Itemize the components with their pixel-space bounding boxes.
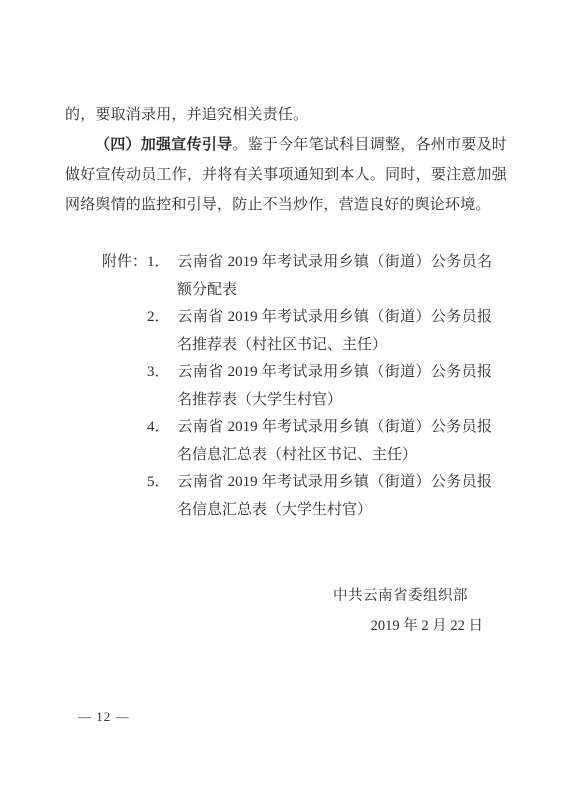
- section-heading: （四）加强宣传引导: [95, 137, 232, 153]
- attachment-item: 3．云南省 2019 年考试录用乡镇（街道）公务员报名推荐表（大学生村官）: [147, 359, 492, 414]
- attachment-item: 2．云南省 2019 年考试录用乡镇（街道）公务员报名推荐表（村社区书记、主任）: [147, 304, 492, 359]
- attachment-number: 4．: [147, 414, 177, 442]
- attachment-text: 云南省 2019 年考试录用乡镇（街道）公务员名额分配表: [177, 254, 492, 298]
- attachment-item: 1．云南省 2019 年考试录用乡镇（街道）公务员名额分配表: [147, 249, 492, 304]
- page-number: — 12 —: [78, 709, 130, 725]
- body-paragraph-section-4: （四）加强宣传引导。鉴于今年笔试科目调整，各州市要及时做好宣传动员工作，并将有关…: [65, 130, 507, 220]
- attachment-text: 云南省 2019 年考试录用乡镇（街道）公务员报名信息汇总表（村社区书记、主任）: [177, 419, 492, 463]
- attachment-number: 3．: [147, 359, 177, 387]
- attachments-label: 附件：: [102, 249, 147, 277]
- attachments-list: 1．云南省 2019 年考试录用乡镇（街道）公务员名额分配表 2．云南省 201…: [147, 249, 492, 524]
- signature-org: 中共云南省委组织部: [333, 584, 468, 605]
- signature-date: 2019 年 2 月 22 日: [371, 614, 483, 635]
- attachment-number: 5．: [147, 469, 177, 497]
- body-paragraph-continuation: 的，要取消录用，并追究相关责任。: [65, 100, 507, 130]
- attachment-text: 云南省 2019 年考试录用乡镇（街道）公务员报名推荐表（大学生村官）: [177, 364, 492, 408]
- attachment-item: 4．云南省 2019 年考试录用乡镇（街道）公务员报名信息汇总表（村社区书记、主…: [147, 414, 492, 469]
- attachments-block: 附件： 1．云南省 2019 年考试录用乡镇（街道）公务员名额分配表 2．云南省…: [102, 249, 492, 524]
- attachment-number: 2．: [147, 304, 177, 332]
- attachment-item: 5．云南省 2019 年考试录用乡镇（街道）公务员报名信息汇总表（大学生村官）: [147, 469, 492, 524]
- attachment-text: 云南省 2019 年考试录用乡镇（街道）公务员报名信息汇总表（大学生村官）: [177, 474, 492, 518]
- attachment-number: 1．: [147, 249, 177, 277]
- body-text: 的，要取消录用，并追究相关责任。 （四）加强宣传引导。鉴于今年笔试科目调整，各州…: [65, 100, 507, 220]
- attachment-text: 云南省 2019 年考试录用乡镇（街道）公务员报名推荐表（村社区书记、主任）: [177, 309, 492, 353]
- document-page: 的，要取消录用，并追究相关责任。 （四）加强宣传引导。鉴于今年笔试科目调整，各州…: [0, 0, 565, 800]
